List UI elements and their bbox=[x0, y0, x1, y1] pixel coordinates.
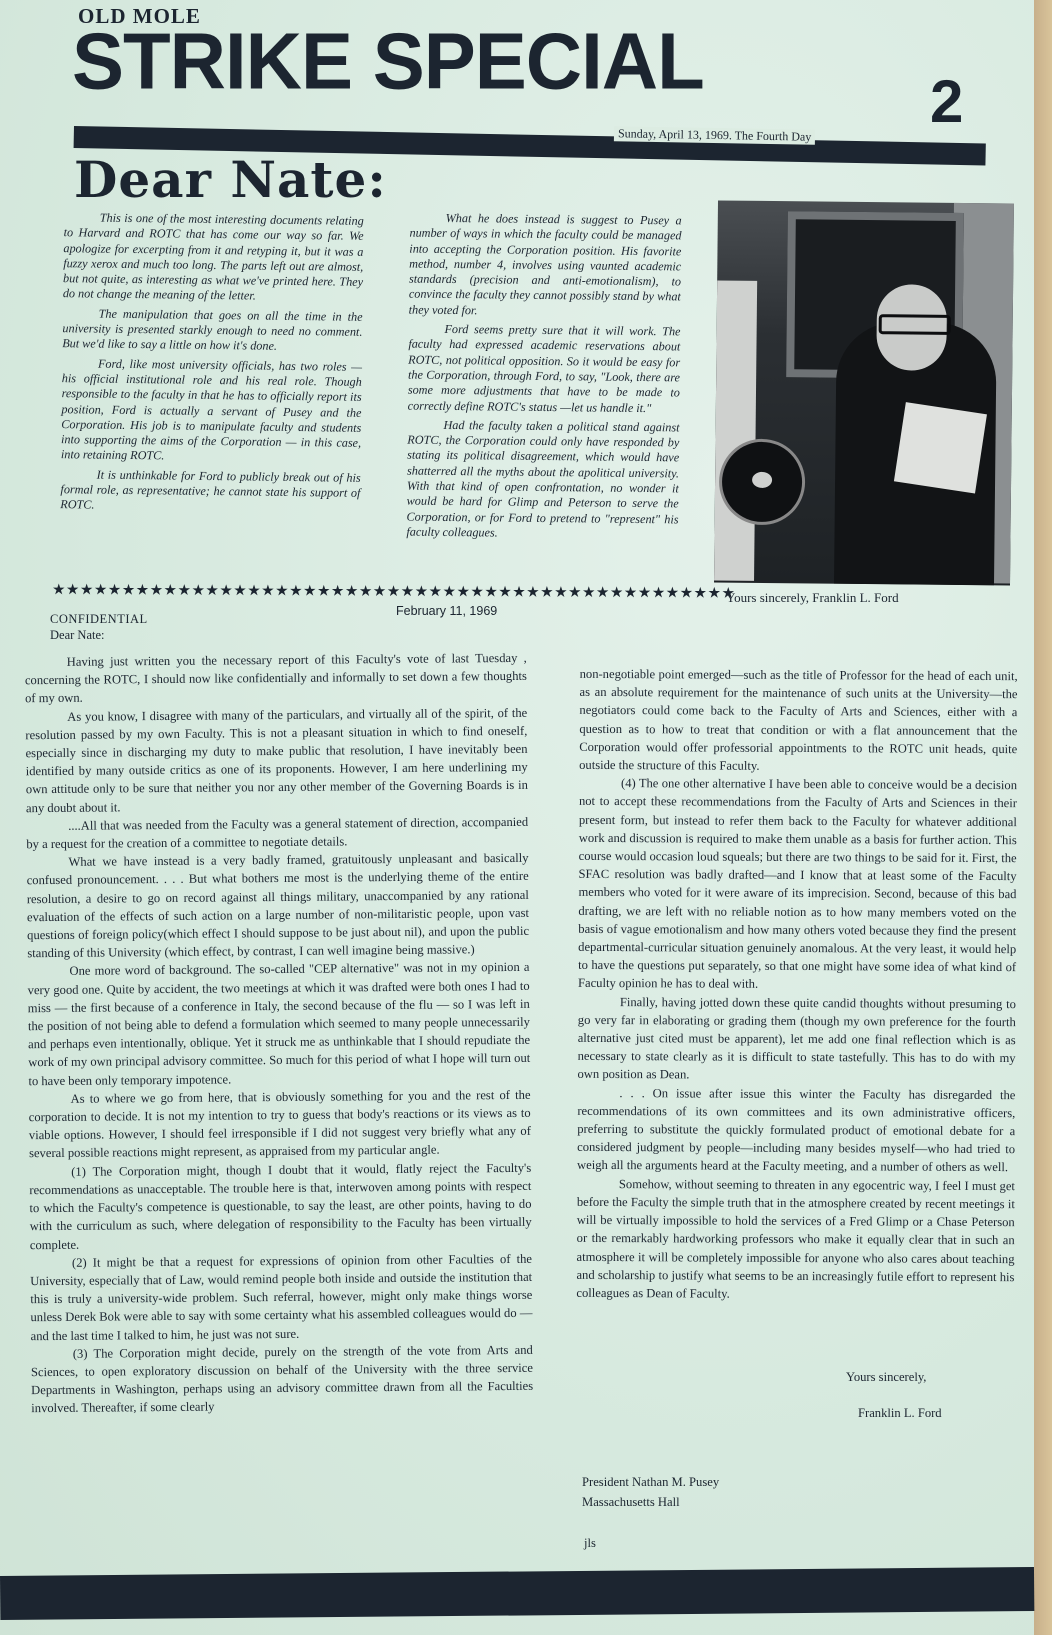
intro-paragraph: Ford, like most university officials, ha… bbox=[61, 356, 362, 467]
intro-column-1: This is one of the most interesting docu… bbox=[60, 210, 364, 520]
bottom-rule bbox=[0, 1567, 1034, 1620]
letter-signature: Franklin L. Ford bbox=[858, 1406, 942, 1421]
intro-paragraph: This is one of the most interesting docu… bbox=[63, 210, 364, 305]
letter-paragraph: (2) It might be that a request for expre… bbox=[30, 1250, 533, 1345]
photo-franklin-ford-megaphone bbox=[714, 200, 1014, 585]
letter-paragraph: ....All that was needed from the Faculty… bbox=[26, 813, 528, 854]
letter-date: February 11, 1969 bbox=[396, 604, 497, 618]
letter-paragraph: Somehow, without seeming to threaten in … bbox=[576, 1175, 1015, 1305]
photo-bystander bbox=[714, 280, 757, 580]
letter-paragraph: Having just written you the necessary re… bbox=[25, 649, 527, 708]
intro-column-2: What he does instead is suggest to Pusey… bbox=[406, 211, 681, 547]
photo-caption: Yours sincerely, Franklin L. Ford bbox=[726, 590, 899, 606]
letter-paragraph: Finally, having jotted down these quite … bbox=[577, 993, 1015, 1086]
letter-salutation: Dear Nate: bbox=[50, 628, 104, 643]
letter-paragraph: As to where we go from here, that is obv… bbox=[28, 1086, 531, 1163]
newspaper-page: OLD MOLE STRIKE SPECIAL 2 Sunday, April … bbox=[0, 0, 1034, 1635]
photo-speaker-glasses bbox=[879, 314, 951, 335]
issue-number: 2 bbox=[930, 72, 963, 132]
megaphone-icon bbox=[719, 438, 806, 525]
masthead-title: STRIKE SPECIAL bbox=[72, 21, 704, 101]
typist-initials: jls bbox=[584, 1536, 596, 1551]
letter-paragraph: One more word of background. The so-call… bbox=[27, 958, 530, 1090]
letter-paragraph: (1) The Corporation might, though I doub… bbox=[29, 1158, 532, 1253]
confidential-marking: CONFIDENTIAL bbox=[50, 612, 148, 627]
letter-paragraph: As you know, I disagree with many of the… bbox=[25, 703, 528, 817]
letter-left-column: Having just written you the necessary re… bbox=[25, 649, 534, 1418]
intro-paragraph: The manipulation that goes on all the ti… bbox=[62, 306, 363, 356]
letter-paragraph: What we have instead is a very badly fra… bbox=[26, 849, 529, 963]
photo-paper-sheet bbox=[894, 402, 987, 493]
intro-paragraph: Had the faculty taken a political stand … bbox=[406, 417, 679, 542]
addressee-location: Massachusetts Hall bbox=[582, 1492, 719, 1512]
headline: Dear Nate: bbox=[74, 150, 387, 209]
letter-paragraph: non-negotiable point emerged—such as the… bbox=[579, 665, 1018, 777]
star-divider: ★★★★★★★★★★★★★★★★★★★★★★★★★★★★★★★★★★★★★★★★… bbox=[52, 580, 736, 603]
letter-closing: Yours sincerely, bbox=[846, 1370, 926, 1385]
letter-addressee: President Nathan M. Pusey Massachusetts … bbox=[582, 1472, 719, 1512]
letter-paragraph: (3) The Corporation might decide, purely… bbox=[31, 1341, 534, 1418]
letter-paragraph: . . . On issue after issue this winter t… bbox=[577, 1084, 1015, 1177]
letter-paragraph: (4) The one other alternative I have bee… bbox=[578, 774, 1017, 995]
intro-paragraph: What he does instead is suggest to Pusey… bbox=[409, 211, 682, 321]
letter-right-column: non-negotiable point emerged—such as the… bbox=[576, 665, 1017, 1304]
intro-paragraph: It is unthinkable for Ford to publicly b… bbox=[60, 467, 361, 517]
addressee-name: President Nathan M. Pusey bbox=[582, 1472, 719, 1492]
intro-paragraph: Ford seems pretty sure that it will work… bbox=[408, 322, 681, 417]
